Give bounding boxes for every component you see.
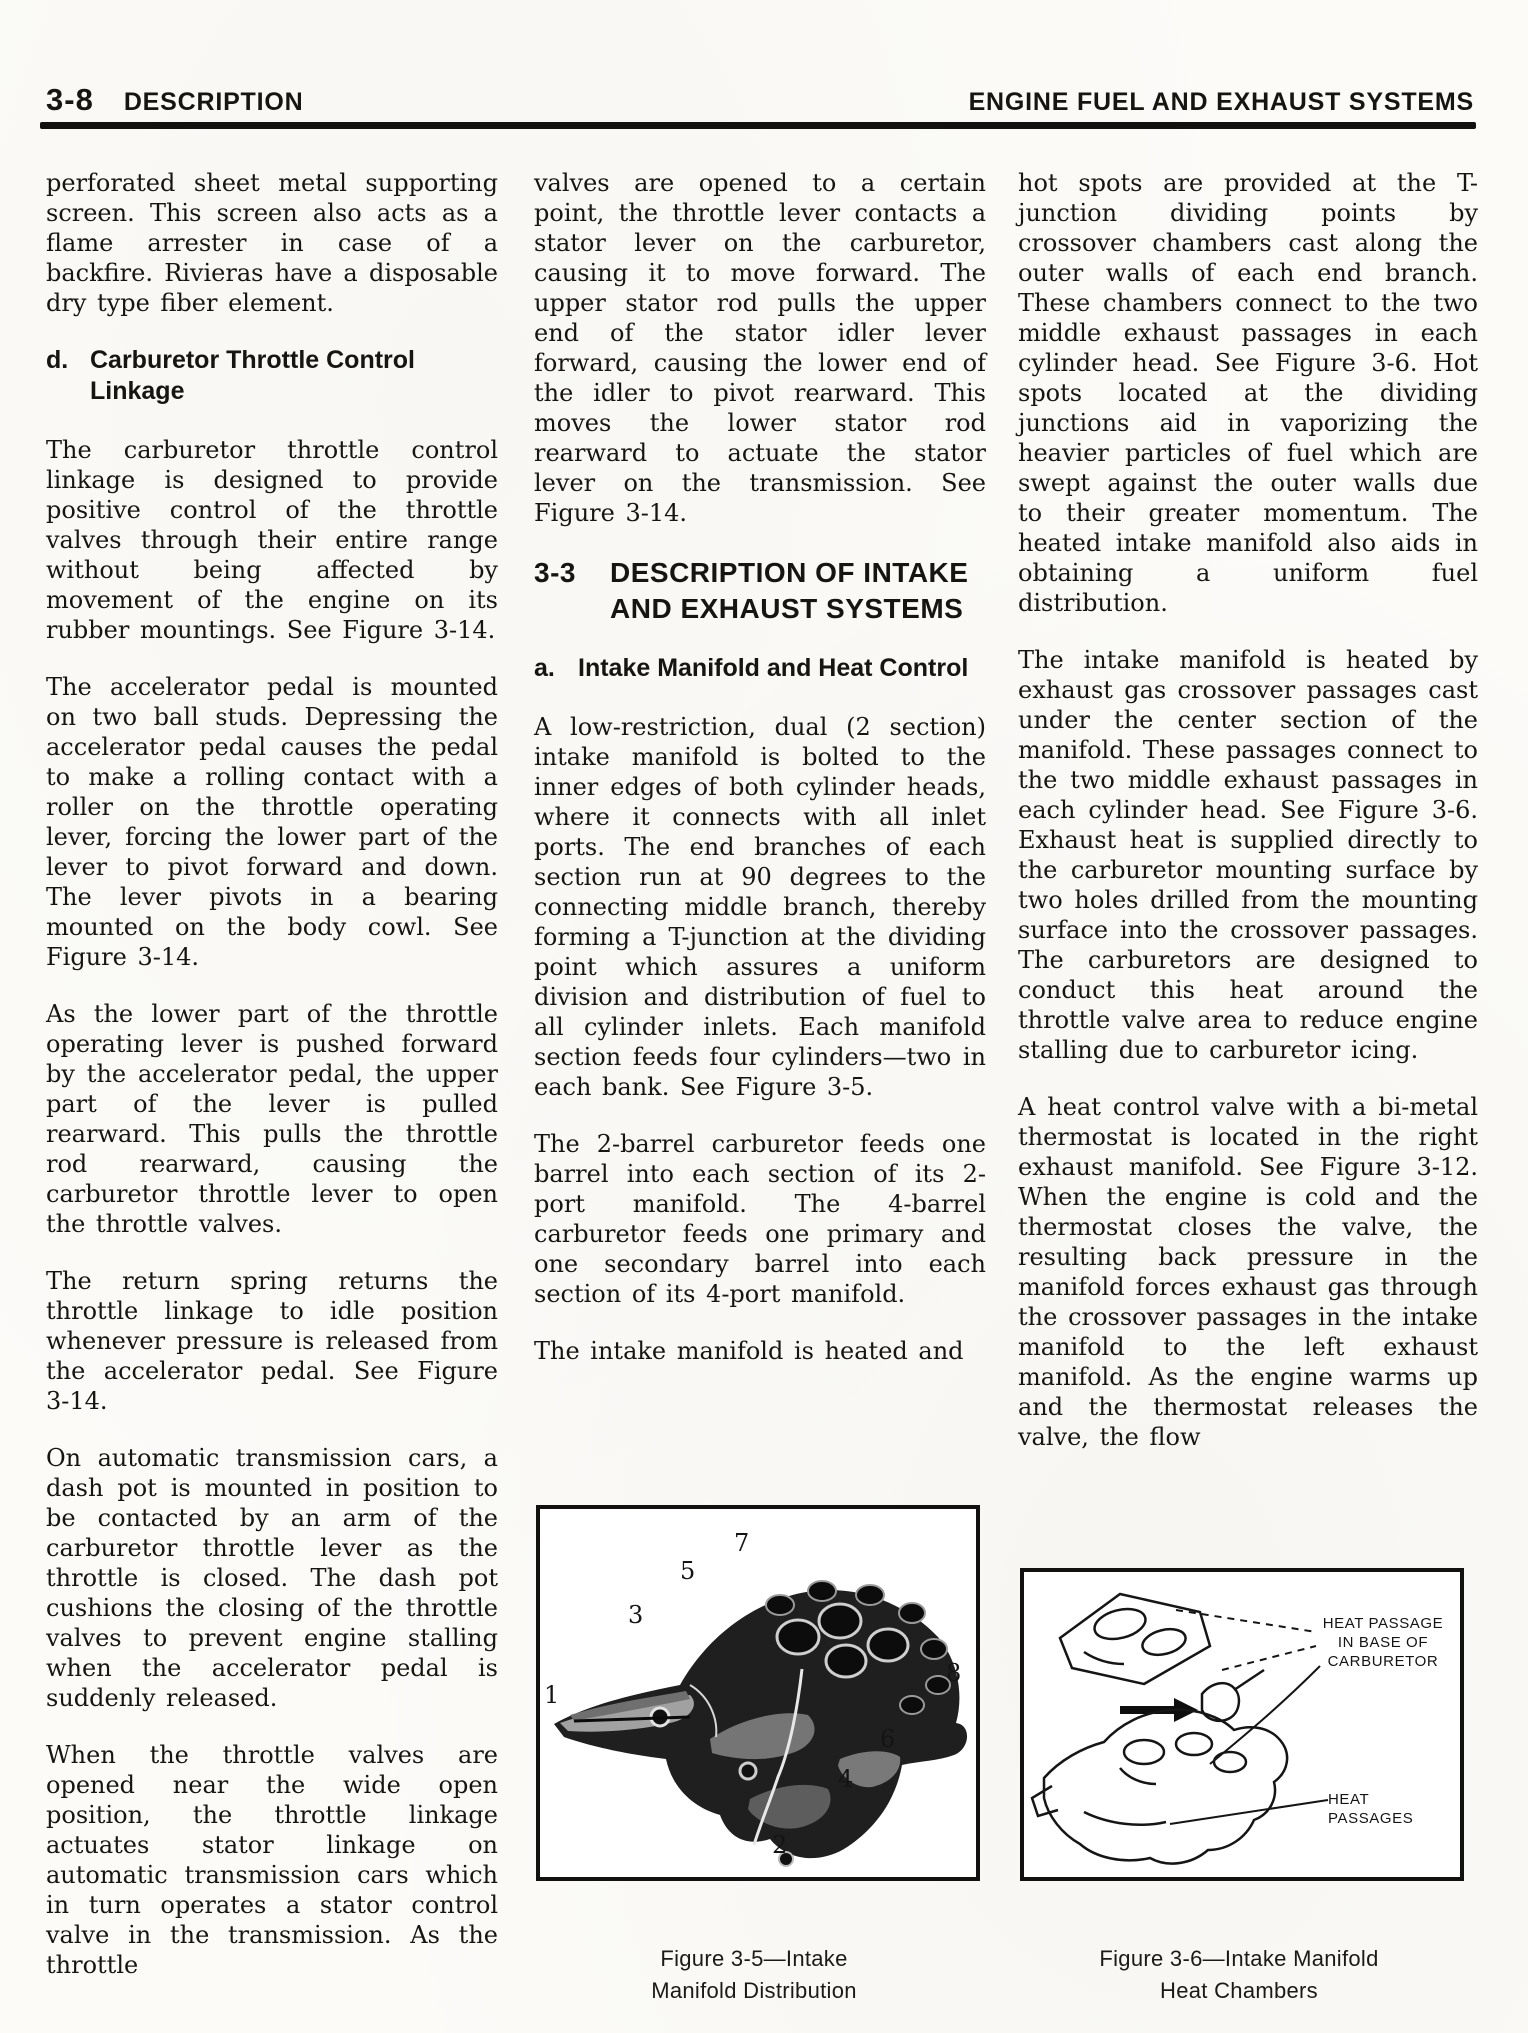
- paragraph: perforated sheet metal supporting screen…: [46, 168, 498, 318]
- figure-3-5-caption: Figure 3-5—Intake Manifold Distribution: [536, 1943, 972, 2007]
- intake-manifold-photo-illustration: [540, 1509, 976, 1877]
- figure-callout-8: 8: [946, 1659, 961, 1687]
- paragraph: hot spots are provided at the T-junction…: [1018, 168, 1478, 618]
- paragraph: valves are opened to a certain point, th…: [534, 168, 986, 528]
- heading-3-3-description: 3-3 DESCRIPTION OF INTAKE AND EXHAUST SY…: [534, 555, 986, 627]
- paragraph: A low-restriction, dual (2 section) inta…: [534, 712, 986, 1102]
- figure-3-6-heat-chambers-drawing: HEAT PASSAGE IN BASE OF CARBURETOR HEAT …: [1020, 1568, 1464, 1881]
- figure-callout-5: 5: [680, 1557, 695, 1585]
- figure-callout-3: 3: [628, 1601, 643, 1629]
- column-right: hot spots are provided at the T-junction…: [1018, 152, 1478, 1479]
- paragraph: The intake manifold is heated and: [534, 1336, 986, 1366]
- paragraph: The carburetor throttle control linkage …: [46, 435, 498, 645]
- paragraph: On automatic transmission cars, a dash p…: [46, 1443, 498, 1713]
- paragraph: The accelerator pedal is mounted on two …: [46, 672, 498, 972]
- paragraph: The return spring returns the throttle l…: [46, 1266, 498, 1416]
- figure-callout-2: 2: [772, 1831, 787, 1859]
- header-left: 3-8 DESCRIPTION: [46, 82, 303, 118]
- heading-label: d.: [46, 345, 90, 407]
- heading-text: Carburetor Throttle Control Linkage: [90, 345, 498, 407]
- caption-line: Figure 3-5—Intake: [536, 1943, 972, 1975]
- page-number: 3-8: [46, 82, 94, 118]
- paragraph: The 2-barrel carburetor feeds one barrel…: [534, 1129, 986, 1309]
- caption-line: Manifold Distribution: [536, 1975, 972, 2007]
- header-chapter-title: ENGINE FUEL AND EXHAUST SYSTEMS: [969, 88, 1474, 117]
- figure-callout-4: 4: [838, 1765, 853, 1793]
- figure-label-heat-passage: HEAT PASSAGE IN BASE OF CARBURETOR: [1320, 1614, 1446, 1671]
- heading-intake-manifold-heat-control: a. Intake Manifold and Heat Control: [534, 653, 986, 684]
- caption-line: Heat Chambers: [1008, 1975, 1470, 2007]
- figure-3-5-intake-manifold-photo: 1 2 3 4 5 6 7 8: [536, 1505, 980, 1881]
- paragraph: The intake manifold is heated by exhaust…: [1018, 645, 1478, 1065]
- heading-label: a.: [534, 653, 578, 684]
- heading-text: Intake Manifold and Heat Control: [578, 653, 968, 684]
- paragraph: When the throttle valves are opened near…: [46, 1740, 498, 1980]
- column-left: perforated sheet metal supporting screen…: [46, 152, 498, 2007]
- caption-line: Figure 3-6—Intake Manifold: [1008, 1943, 1470, 1975]
- figure-callout-7: 7: [734, 1529, 749, 1557]
- header-rule: [40, 122, 1476, 129]
- heading-number: 3-3: [534, 555, 610, 627]
- figure-callout-6: 6: [880, 1725, 895, 1753]
- paragraph: As the lower part of the throttle operat…: [46, 999, 498, 1239]
- paragraph: A heat control valve with a bi-metal the…: [1018, 1092, 1478, 1452]
- figure-label-heat-passages: HEAT PASSAGES: [1328, 1790, 1456, 1828]
- header-section-title: DESCRIPTION: [124, 88, 304, 117]
- figure-3-6-caption: Figure 3-6—Intake Manifold Heat Chambers: [1008, 1943, 1470, 2007]
- heading-text: DESCRIPTION OF INTAKE AND EXHAUST SYSTEM…: [610, 555, 986, 627]
- manual-page: 3-8 DESCRIPTION ENGINE FUEL AND EXHAUST …: [0, 0, 1528, 2033]
- column-center: valves are opened to a certain point, th…: [534, 152, 986, 1393]
- heading-carburetor-throttle-control-linkage: d. Carburetor Throttle Control Linkage: [46, 345, 498, 407]
- figure-callout-1: 1: [544, 1681, 559, 1709]
